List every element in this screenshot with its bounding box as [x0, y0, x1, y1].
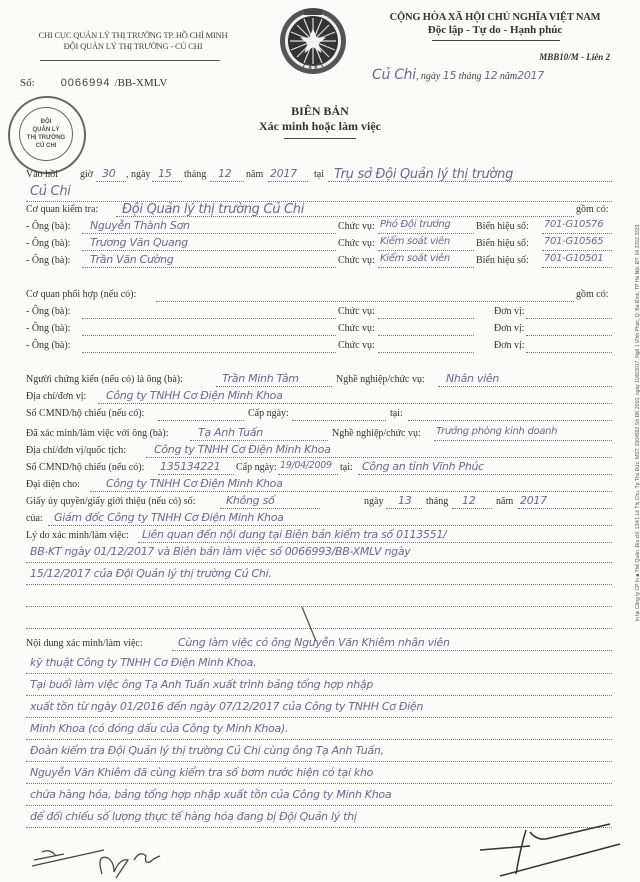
subject-name: Tạ Anh Tuấn: [198, 426, 263, 439]
content-line-1: Cùng làm việc có ông Nguyễn Văn Khiêm nh…: [178, 636, 450, 649]
document-number: Số:0066994/BB-XMLV: [20, 77, 167, 89]
document-number-value: 0066994: [61, 77, 111, 89]
subject-address-row: Địa chỉ/đơn vị/quốc tịch: Công ty TNHH C…: [26, 443, 612, 460]
coordination-agency-row: Cơ quan phối hợp (nếu có): gồm có:: [26, 287, 612, 304]
day-value: 15: [158, 167, 171, 180]
authorization-issuer: Giám đốc Công ty TNHH Cơ Điện Minh Khoa: [54, 511, 284, 524]
authorization-number: Không số: [226, 494, 274, 507]
month-value: 12: [218, 167, 231, 180]
inspector-name: Trương Văn Quang: [90, 236, 188, 249]
org-line-2: Đội Quản lý thị trường - Củ Chi: [18, 41, 248, 52]
inspector-row: - Ông (bà): Nguyễn Thành Sơn Chức vụ: Ph…: [26, 219, 612, 236]
reason-row: Lý do xác minh/làm việc: Liên quan đến n…: [26, 528, 612, 545]
reason-line: BB-KT ngày 01/12/2017 và Biên bản làm vi…: [26, 545, 612, 563]
content-row: Nội dung xác minh/làm việc: Cùng làm việ…: [26, 636, 612, 653]
issuing-organization: Chi cục Quản lý thị trường TP. Hồ Chí Mi…: [18, 30, 248, 52]
witness-address: Công ty TNHH Cơ Điện Minh Khoa: [106, 389, 283, 402]
org-divider: [40, 60, 220, 61]
inspector-position: Phó Đội trưởng: [380, 219, 450, 230]
inspection-agency-value: Đội Quản lý thị trường Củ Chi: [122, 202, 304, 217]
coordinator-row: - Ông (bà): Chức vụ: Đơn vị:: [26, 338, 612, 355]
coordinator-row: - Ông (bà): Chức vụ: Đơn vị:: [26, 321, 612, 338]
witness-name: Trần Minh Tâm: [222, 372, 299, 385]
inspector-row: - Ông (bà): Trần Văn Cường Chức vụ: Kiểm…: [26, 253, 612, 270]
official-stamp: ĐỘI QUẢN LÝ THỊ TRƯỜNG CỦ CHI: [8, 96, 86, 174]
witness-address-row: Địa chỉ/đơn vị: Công ty TNHH Cơ Điện Min…: [26, 389, 612, 406]
minute-value: 30: [102, 167, 115, 180]
location-continued: Củ Chi: [26, 184, 612, 202]
inspector-name: Trần Văn Cường: [90, 253, 173, 266]
motto-underline: [432, 40, 560, 41]
signature-left: [24, 830, 204, 882]
represent-value: Công ty TNHH Cơ Điện Minh Khoa: [106, 477, 283, 490]
location-value: Trụ sở Đội Quản lý thị trường: [334, 167, 513, 182]
authorization-row: Giấy ủy quyền/giấy giới thiệu (nếu có) s…: [26, 494, 612, 511]
content-line: kỹ thuật Công ty TNHH Cơ Điện Minh Khoa.: [26, 656, 612, 674]
represent-row: Đại diện cho: Công ty TNHH Cơ Điện Minh …: [26, 477, 612, 494]
subject-id-place: Công an tỉnh Vĩnh Phúc: [362, 460, 484, 473]
inspector-position: Kiểm soát viên: [380, 236, 450, 247]
witness-id-row: Số CMND/hộ chiếu (nếu có): Cấp ngày: tại…: [26, 406, 612, 423]
place-and-date: Củ Chi, ngày 15 tháng 12 năm2017: [372, 67, 544, 83]
inspector-row: - Ông (bà): Trương Văn Quang Chức vụ: Ki…: [26, 236, 612, 253]
national-heading: CỘNG HÒA XÃ HỘI CHỦ NGHĨA VIỆT NAM Độc l…: [370, 12, 620, 36]
form-code: MBB10/M - Liên 2: [539, 52, 610, 62]
signature-right: [470, 820, 630, 882]
content-line: xuất tồn từ ngày 01/2016 đến ngày 07/12/…: [26, 700, 612, 718]
inspector-badge: 701-G10565: [544, 236, 603, 247]
inspector-position: Kiểm soát viên: [380, 253, 450, 264]
content-line: chứa hàng hóa, bảng tổng hợp nhập xuất t…: [26, 788, 612, 806]
inspection-agency-row: Cơ quan kiểm tra: Đội Quản lý thị trường…: [26, 202, 612, 219]
subject-address: Công ty TNHH Cơ Điện Minh Khoa: [154, 443, 331, 456]
reason-line: 15/12/2017 của Đội Quản lý thị trường Củ…: [26, 567, 612, 585]
subject-job: Trưởng phòng kinh doanh: [436, 426, 557, 437]
time-place-row: Vào hồi giờ 30 , ngày 15 tháng 12 năm 20…: [26, 167, 612, 184]
title-underline: [284, 138, 356, 139]
inspector-name: Nguyễn Thành Sơn: [90, 219, 190, 232]
document-title: BIÊN BẢN Xác minh hoặc làm việc: [200, 104, 440, 134]
subject-id-number: 135134221: [160, 460, 220, 473]
authorization-issuer-row: của: Giám đốc Công ty TNHH Cơ Điện Minh …: [26, 511, 612, 528]
inspector-badge: 701-G10501: [544, 253, 603, 264]
witness-job: Nhân viên: [446, 372, 499, 385]
org-line-1: Chi cục Quản lý thị trường TP. Hồ Chí Mi…: [18, 30, 248, 41]
subject-row: Đã xác minh/làm việc với ông (bà): Tạ An…: [26, 426, 612, 443]
subject-id-row: Số CMND/hộ chiếu (nếu có): 135134221 Cấp…: [26, 460, 612, 477]
content-line: Đoàn kiểm tra Đội Quản lý thị trường Củ …: [26, 744, 612, 762]
witness-row: Người chứng kiến (nếu có) là ông (bà): T…: [26, 372, 612, 389]
inspector-badge: 701-G10576: [544, 219, 603, 230]
content-line: Nguyễn Văn Khiêm đã cùng kiểm tra số bơm…: [26, 766, 612, 784]
subject-id-issued: 19/04/2009: [280, 460, 332, 471]
coordinator-row: - Ông (bà): Chức vụ: Đơn vị:: [26, 304, 612, 321]
national-emblem-icon: [278, 6, 348, 76]
content-line: Tại buổi làm việc ông Tạ Anh Tuấn xuất t…: [26, 678, 612, 696]
reason-line-1: Liên quan đến nội dung tại Biên bản kiểm…: [142, 528, 446, 541]
year-value: 2017: [270, 167, 297, 180]
printer-side-note: In tại Công ty CP In ■ Thế Quân. Địa chỉ…: [628, 150, 638, 710]
content-line: Minh Khoa (có đóng dấu của Công ty Minh …: [26, 722, 612, 740]
